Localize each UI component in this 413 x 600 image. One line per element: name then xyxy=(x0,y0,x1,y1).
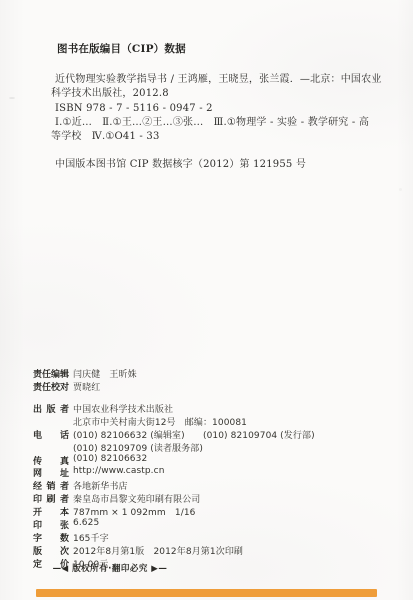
colophon-row-label: 电话 xyxy=(33,428,69,441)
isbn-line: ISBN 978 - 7 - 5116 - 0947 - 2 xyxy=(55,102,213,116)
colophon-row-publisher: 出版者 中国农业科学技术出版社 xyxy=(33,402,393,415)
cip-record-line-1: 近代物理实验教学指导书 / 王鸿雁，王晓昱，张兰霞．—北京：中国农业 xyxy=(55,73,382,87)
colophon-row-printer: 印刷者 秦皇岛市昌黎文苑印刷有限公司 xyxy=(33,492,393,505)
colophon-row-wordcount: 字数 165千字 xyxy=(33,531,393,544)
colophon-row-website: 网址 http://www.castp.cn xyxy=(33,466,393,479)
colophon-row-phone: 电话 (010) 82106632 (编辑室) (010) 82109704 (… xyxy=(33,428,393,441)
staff-row-value: 贾晓红 xyxy=(73,380,100,393)
colophon-row-distributor: 经销者 各地新华书店 xyxy=(33,479,393,492)
colophon-row-format: 开本 787mm × 1 092mm 1/16 xyxy=(33,505,393,518)
staff-row-value: 闫庆健 王昕姝 xyxy=(73,367,137,380)
colophon-row-fax: 传真 (010) 82106632 xyxy=(33,454,393,467)
colophon-row-value: (010) 82106632 xyxy=(73,454,147,464)
staff-row-label: 责任校对 xyxy=(33,380,69,393)
colophon-row-label: 印张 xyxy=(33,518,69,531)
colophon-row-value: 165千字 xyxy=(73,531,109,544)
cip-registry-number: 中国版本图书馆 CIP 数据核字（2012）第 121955 号 xyxy=(55,158,306,172)
staff-credits-block: 责任编辑 闫庆健 王昕姝 责任校对 贾晓红 xyxy=(33,367,383,393)
scan-artifact xyxy=(399,188,402,191)
colophon-row-label: 开本 xyxy=(33,505,69,518)
colophon-row-label: 网址 xyxy=(33,466,69,479)
cip-heading: 图书在版编目（CIP）数据 xyxy=(57,42,186,56)
colophon-row-label: 经销者 xyxy=(33,479,69,492)
staff-row: 责任编辑 闫庆健 王昕姝 xyxy=(33,367,383,380)
colophon-row-label: 出版者 xyxy=(33,402,69,415)
colophon-row-value: (010) 82109709 (读者服务部) xyxy=(73,441,203,454)
staff-row-label: 责任编辑 xyxy=(33,367,69,380)
colophon-row-label: 印刷者 xyxy=(33,492,69,505)
website-url: http://www.castp.cn xyxy=(73,466,165,476)
colophon-row-phone-2: (010) 82109709 (读者服务部) xyxy=(33,441,393,454)
colophon-row-value: 787mm × 1 092mm 1/16 xyxy=(73,505,196,518)
colophon-row-label: 传真 xyxy=(33,454,69,467)
bottom-accent-bar xyxy=(36,589,377,597)
cip-record-line-2: 科学技术出版社，2012.8 xyxy=(51,87,169,101)
colophon-row-value: 6.625 xyxy=(73,518,99,528)
cip-classification-line-1: Ⅰ.①近… Ⅱ.①王…②王…③张… Ⅲ.①物理学 - 实验 - 教学研究 - 高 xyxy=(55,116,369,130)
staff-row: 责任校对 贾晓红 xyxy=(33,380,383,393)
scanned-book-page: 图书在版编目（CIP）数据 近代物理实验教学指导书 / 王鸿雁，王晓昱，张兰霞．… xyxy=(0,0,413,600)
scan-artifact xyxy=(9,97,15,99)
colophon-row-value: 北京市中关村南大街12号 邮编：100081 xyxy=(73,415,247,428)
colophon-block: 出版者 中国农业科学技术出版社 北京市中关村南大街12号 邮编：100081 电… xyxy=(33,402,393,570)
colophon-row-address: 北京市中关村南大街12号 邮编：100081 xyxy=(33,415,393,428)
copyright-notice: —◀ 版权所有·翻印必究 ▶— xyxy=(48,562,172,574)
colophon-row-value: (010) 82106632 (编辑室) (010) 82109704 (发行部… xyxy=(73,428,315,441)
colophon-row-label: 字数 xyxy=(33,531,69,544)
colophon-row-value: 2012年8月第1版 2012年8月第1次印刷 xyxy=(73,544,243,557)
colophon-row-edition: 版次 2012年8月第1版 2012年8月第1次印刷 xyxy=(33,544,393,557)
colophon-row-value: 中国农业科学技术出版社 xyxy=(73,402,173,415)
colophon-row-label: 版次 xyxy=(33,544,69,557)
colophon-row-value: 秦皇岛市昌黎文苑印刷有限公司 xyxy=(73,492,200,505)
colophon-row-value: 各地新华书店 xyxy=(73,479,128,492)
cip-classification-line-2: 等学校 Ⅳ.①O41 - 33 xyxy=(51,130,160,144)
colophon-row-sheets: 印张 6.625 xyxy=(33,518,393,531)
